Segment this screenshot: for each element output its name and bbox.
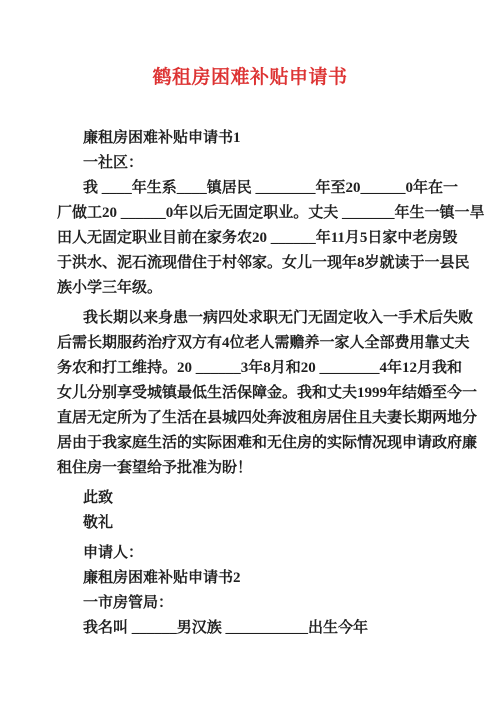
text-line: 女儿分别享受城镇最低生活保障金。我和丈夫1999年结婚至今一 xyxy=(57,381,460,406)
text-line: 于洪水、泥石流现借住于村邻家。女儿一现年8岁就读于一县民 xyxy=(57,251,460,276)
text-line: 直居无定所为了生活在县城四处奔波租房居住且夫妻长期两地分 xyxy=(57,406,460,431)
text-line: 后需长期服药治疗双方有4位老人需赡养一家人全部费用靠丈夫 xyxy=(57,331,460,356)
text-line: 务农和打工维持。20 ______3年8月和20 ________4年12月我和 xyxy=(57,356,460,381)
text-line: 敬礼 xyxy=(57,511,460,536)
text-line: 田人无固定职业目前在家务农20 ______年11月5日家中老房毁 xyxy=(57,226,460,251)
page-title: 鹤租房困难补贴申请书 xyxy=(0,0,500,90)
text-line: 我名叫 ______男汉族 ___________出生今年 xyxy=(57,616,460,641)
text-line: 我 ____年生系____镇居民 ________年至20______0年在一 xyxy=(57,176,460,201)
text-line: 申请人： xyxy=(57,541,460,566)
text-line: 我长期以来身患一病四处求职无门无固定收入一手术后失败 xyxy=(57,306,460,331)
text-line: 廉租房困难补贴申请书2 xyxy=(57,566,460,591)
document-body: 廉租房困难补贴申请书1一社区：我 ____年生系____镇居民 ________… xyxy=(57,126,460,641)
document-page: 鹤租房困难补贴申请书 廉租房困难补贴申请书1一社区：我 ____年生系____镇… xyxy=(0,0,500,707)
text-line: 此致 xyxy=(57,486,460,511)
text-line: 一社区： xyxy=(57,151,460,176)
text-line: 廉租房困难补贴申请书1 xyxy=(57,126,460,151)
text-line: 租住房一套望给予批准为盼！ xyxy=(57,456,460,481)
text-line: 族小学三年级。 xyxy=(57,276,460,301)
text-line: 厂做工20 ______0年以后无固定职业。丈夫 _______年生一镇一旱 xyxy=(57,201,460,226)
text-line: 一市房管局： xyxy=(57,591,460,616)
text-line: 居由于我家庭生活的实际困难和无住房的实际情况现申请政府廉 xyxy=(57,431,460,456)
